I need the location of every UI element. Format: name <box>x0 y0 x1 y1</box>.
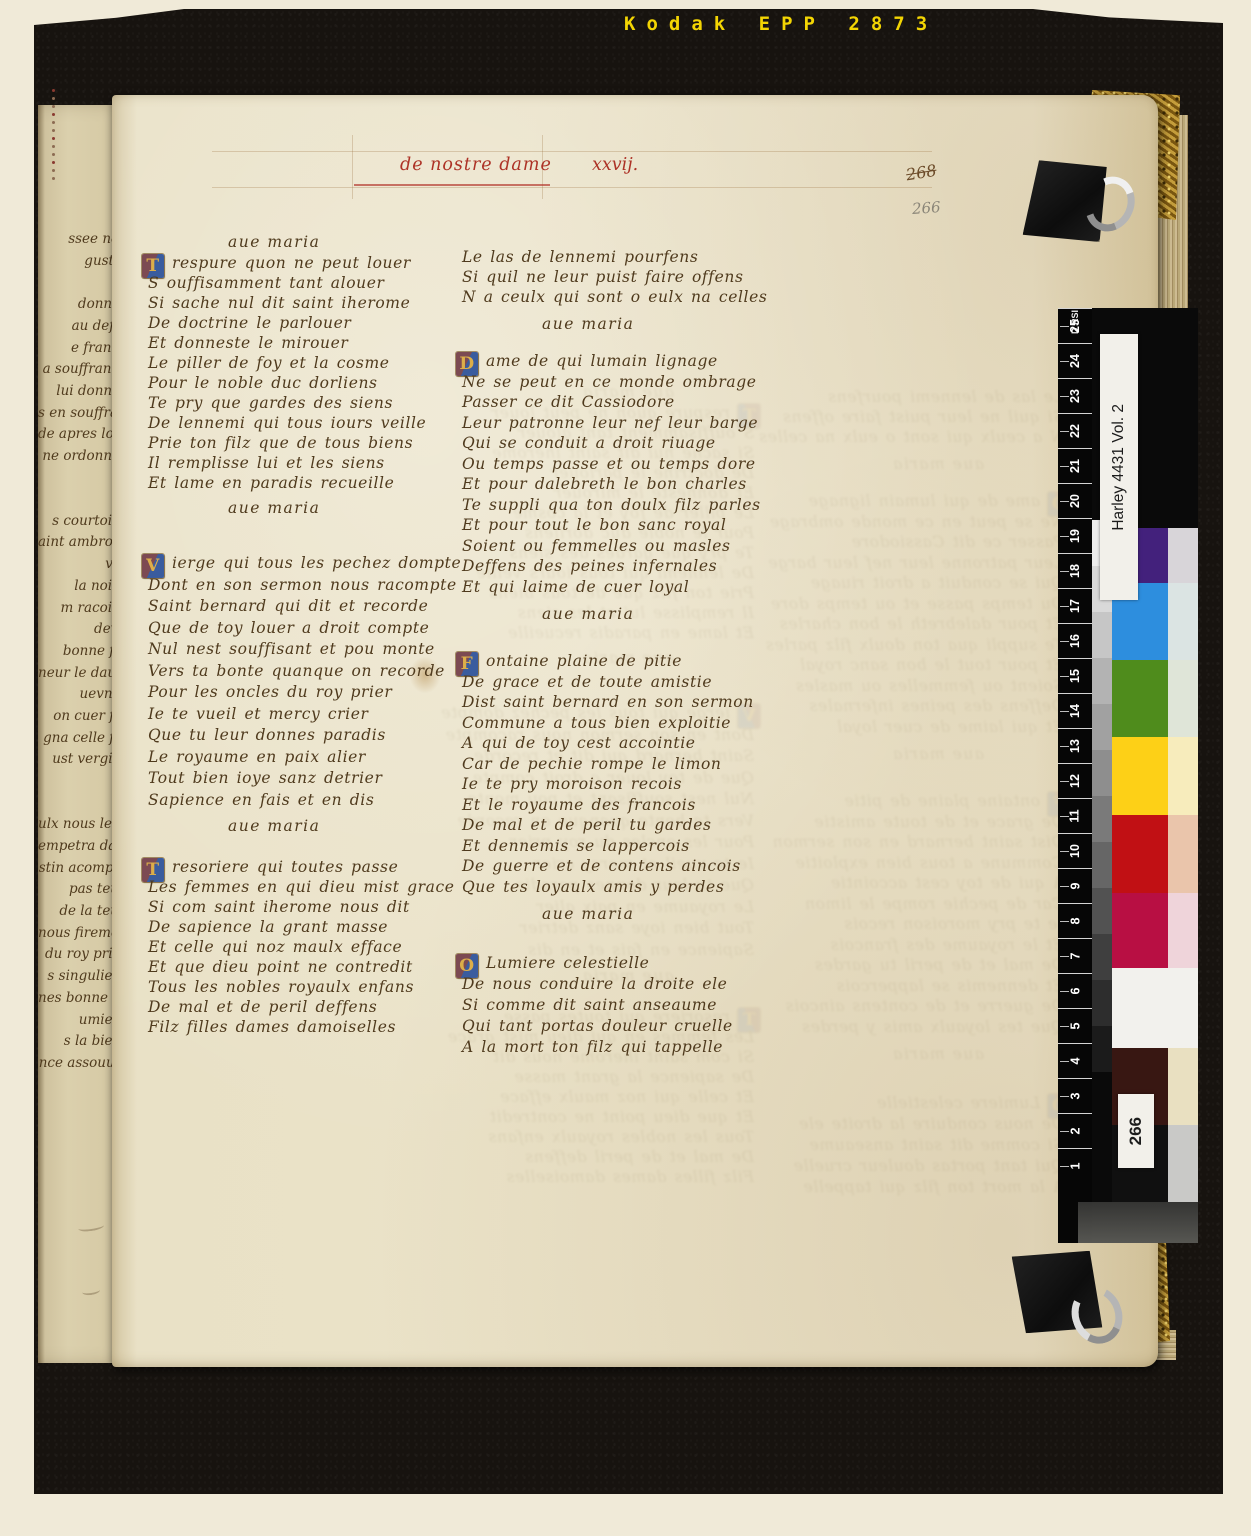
ruler-number-text: 11 <box>1068 809 1082 822</box>
ruler-number-text: 23 <box>1068 389 1082 403</box>
prick-mark <box>52 113 55 116</box>
verse-line: Dame de qui lumain lignage <box>462 351 761 372</box>
verse-line: Sapience en fais et en dis <box>148 790 461 812</box>
grayscale-step <box>1092 750 1112 796</box>
prick-mark <box>52 89 55 92</box>
folio-sticker-text: 266 <box>1126 1117 1146 1145</box>
color-patch-tint-crimson <box>1168 893 1198 968</box>
color-patch-tint-blue <box>1168 583 1198 660</box>
refrain: aue maria <box>892 455 984 473</box>
manuscript-page: de nostre dame xxvij. 268 266 aue mariaT… <box>112 95 1158 1367</box>
verse-line: Ie te pry moroison recois <box>462 774 754 795</box>
verse-line: Et lame en paradis recueille <box>148 473 426 493</box>
film-stock-label: Kodak EPP 2873 <box>624 13 938 35</box>
verse-text: ontaine plaine de pitie <box>486 652 682 670</box>
ruler-number-text: 6 <box>1068 988 1082 995</box>
verse-line: Dame de qui lumain lignage <box>765 491 1064 512</box>
color-patch-row <box>1112 815 1198 893</box>
verse-line: Et pour tout le bon sanc royal <box>462 515 761 536</box>
refrain: aue maria <box>228 817 320 835</box>
verse-line: Que de toy louer a droit compte <box>148 618 461 640</box>
shelfmark-label-text: Harley 4431 Vol. 2 <box>1110 404 1128 531</box>
stanza: Tresoriere qui toutes passeLes femmes en… <box>148 857 455 1037</box>
ruler-number-text: 10 <box>1068 844 1082 858</box>
verse-line: De mal et de peril tu gardes <box>462 815 754 836</box>
verse-line: Que tes loyaulx amis y perdes <box>462 877 754 898</box>
ruler-number-text: 13 <box>1068 739 1082 753</box>
ruler-number-text: 1 <box>1068 1163 1082 1170</box>
color-patch-tint-brown <box>1168 1048 1198 1125</box>
verse-line: Commune a tous bien exploitie <box>772 853 1064 874</box>
ruler-number: 5 <box>1058 1008 1092 1043</box>
ruler-number: 19 <box>1058 518 1092 553</box>
color-patch-row <box>1112 660 1198 737</box>
verse-line: Et dennemis se lappercois <box>462 836 754 857</box>
verse-line: Car de pechie rompe le limon <box>772 894 1064 915</box>
verse-line: De sapience la grant masse <box>148 917 455 937</box>
ruler-number: 24 <box>1058 343 1092 378</box>
verse-line: Et donneste le mirouer <box>148 333 426 353</box>
ruler-number-text: 5 <box>1068 1023 1082 1030</box>
chapter-number: xxvij. <box>592 155 638 175</box>
verse-line: Ie te pry moroison recois <box>772 914 1064 935</box>
refrain: aue maria <box>228 499 320 517</box>
ruler-number-text: 24 <box>1068 354 1082 368</box>
prick-mark <box>52 129 55 132</box>
verse-line: Soient ou femmelles ou masles <box>765 676 1064 697</box>
verse-line: Le las de lennemi pourfens <box>462 247 767 267</box>
stanza: Fontaine plaine de pitieDe grace et de t… <box>462 651 754 897</box>
ruler-plastic-tail <box>1078 1202 1198 1243</box>
ruler-number: 12 <box>1058 763 1092 798</box>
ruler-number: 22 <box>1058 413 1092 448</box>
verse-line: Les femmes en qui dieu mist grace <box>148 877 455 897</box>
refrain: aue maria <box>542 315 634 333</box>
verse-line: A la mort ton filz qui tappelle <box>793 1177 1064 1198</box>
verse-line: Nul nest souffisant et pou monte <box>148 639 461 661</box>
prick-mark <box>52 145 55 148</box>
verse-line: Soient ou femmelles ou masles <box>462 536 761 557</box>
color-patch-tint-green <box>1168 660 1198 737</box>
grayscale-step <box>1092 842 1112 888</box>
verse-line: Et le royaume des francois <box>772 935 1064 956</box>
grayscale-step <box>1092 704 1112 750</box>
color-patch-tint-red <box>1168 815 1198 893</box>
verse-line: Te pry que gardes des siens <box>148 393 426 413</box>
verse-line: Ou temps passe et ou temps dore <box>765 594 1064 615</box>
verse-line: Tresoriere qui toutes passe <box>148 857 455 877</box>
verse-line: Tous les nobles royaulx enfans <box>447 1127 754 1147</box>
verse-line: Et dennemis se lappercois <box>772 976 1064 997</box>
grayscale-step <box>1092 612 1112 658</box>
verse-line: Deffens des peines infernales <box>765 696 1064 717</box>
ruler-number-text: 2 <box>1068 1128 1082 1135</box>
verse-text: respure quon ne peut louer <box>172 254 411 272</box>
verse-line: Car de pechie rompe le limon <box>462 754 754 775</box>
verse-line: Que tes loyaulx amis y perdes <box>772 1017 1064 1038</box>
ruler-number: 17 <box>1058 588 1092 623</box>
verse-line: Qui se conduit a droit riuage <box>765 573 1064 594</box>
verse-line: Commune a tous bien exploitie <box>462 713 754 734</box>
verse-line: Si comme dit saint anseaume <box>793 1135 1064 1156</box>
verse-line: Leur patronne leur nef leur barge <box>765 553 1064 574</box>
color-calibration-ruler: D RSI 2524232221201918171615141312111098… <box>1058 308 1198 1243</box>
ruler-number: 8 <box>1058 903 1092 938</box>
ruler-number-text: 25 <box>1068 319 1082 333</box>
stanza: Vierge qui tous les pechez dompteDont en… <box>148 553 461 811</box>
grayscale-step <box>1092 980 1112 1026</box>
verse-line: Leur patronne leur nef leur barge <box>462 413 761 434</box>
rubric-underline <box>354 184 550 186</box>
verse-line: OLumiere celestielle <box>462 953 733 974</box>
verse-line: A qui de toy cest accointie <box>462 733 754 754</box>
prick-mark <box>52 97 55 100</box>
color-patch-red <box>1112 815 1168 893</box>
ruler-number-text: 7 <box>1068 953 1082 960</box>
grayscale-step <box>1092 888 1112 934</box>
verse-line: Si quil ne leur puist faire offens <box>759 407 1064 427</box>
binder-clip-bottom <box>1016 1252 1136 1352</box>
stanza: Dame de qui lumain lignageNe se peut en … <box>462 351 761 597</box>
verse-line: Et pour tout le bon sanc royal <box>765 655 1064 676</box>
ruling-line <box>212 151 932 152</box>
verse-line: De guerre et de contens aincois <box>772 996 1064 1017</box>
ruler-number-text: 20 <box>1068 494 1082 508</box>
verse-line: Fontaine plaine de pitie <box>772 791 1064 812</box>
ruler-number-text: 18 <box>1068 564 1082 578</box>
verse-line: A qui de toy cest accointie <box>772 873 1064 894</box>
verse-line: Et le royaume des francois <box>462 795 754 816</box>
verse-line: De mal et de peril deffens <box>447 1147 754 1167</box>
ruler-number: 1 <box>1058 1148 1092 1183</box>
verse-line: Dist saint bernard en son sermon <box>462 692 754 713</box>
verse-line: Que tu leur donnes paradis <box>148 725 461 747</box>
verse-line: Pour le noble duc dorliens <box>148 373 426 393</box>
prick-mark <box>52 177 55 180</box>
color-patch-yellow <box>1112 737 1168 815</box>
refrain: aue maria <box>892 1045 984 1063</box>
ruler-number: 13 <box>1058 728 1092 763</box>
verse-line: Le las de lennemi pourfens <box>759 387 1064 407</box>
verse-line: Vers ta bonte quanque on recorde <box>148 661 461 683</box>
stanza: Dame de qui lumain lignageNe se peut en … <box>765 491 1064 737</box>
verse-line: Passer ce dit Cassiodore <box>462 392 761 413</box>
verse-line: Filz filles dames damoiselles <box>447 1167 754 1187</box>
verse-text: ame de qui lumain lignage <box>808 492 1040 510</box>
color-patch-row <box>1112 893 1198 968</box>
verse-line: Et que dieu point ne contredit <box>447 1107 754 1127</box>
color-patch-crimson <box>1112 893 1168 968</box>
verse-line: Ne se peut en ce monde ombrage <box>462 372 761 393</box>
verse-line: Filz filles dames damoiselles <box>148 1017 455 1037</box>
verse-text: ierge qui tous les pechez dompte <box>172 554 461 572</box>
verse-line: Qui tant portas douleur cruelle <box>462 1016 733 1037</box>
color-patch-tint-purple <box>1168 528 1198 583</box>
ruling-line <box>212 187 932 188</box>
verse-line: Et celle qui noz maulx efface <box>447 1087 754 1107</box>
verse-line: Et qui laime de cuer loyal <box>765 717 1064 738</box>
verse-line: Et qui laime de cuer loyal <box>462 577 761 598</box>
ruler-number-text: 4 <box>1068 1058 1082 1065</box>
verse-line: Si com saint iherome nous dit <box>148 897 455 917</box>
verse-line: Prie ton filz que de tous biens <box>148 433 426 453</box>
verse-line: S ouffisamment tant alouer <box>148 273 426 293</box>
verse-line: Qui se conduit a droit riuage <box>462 433 761 454</box>
verse-line: Trespure quon ne peut louer <box>148 253 426 273</box>
folio-sticker: 266 <box>1118 1094 1154 1168</box>
ruler-number: 16 <box>1058 623 1092 658</box>
prick-marks-column <box>52 89 55 185</box>
verse-line: Et pour dalebreth le bon charles <box>462 474 761 495</box>
verse-line: Qui tant portas douleur cruelle <box>793 1156 1064 1177</box>
ruler-number: 23 <box>1058 378 1092 413</box>
ruler-number: 18 <box>1058 553 1092 588</box>
verse-line: Si comme dit saint anseaume <box>462 995 733 1016</box>
continuation-lines: Le las de lennemi pourfensSi quil ne leu… <box>462 247 767 307</box>
illuminated-initial: T <box>738 1008 760 1032</box>
ruler-number: 11 <box>1058 798 1092 833</box>
ruler-number-text: 3 <box>1068 1093 1082 1100</box>
ruler-number: 2 <box>1058 1113 1092 1148</box>
verse-line: De nous conduire la droite ele <box>462 974 733 995</box>
continuation-lines: Le las de lennemi pourfensSi quil ne leu… <box>759 387 1064 447</box>
verse-text: Lumiere celestielle <box>877 1094 1040 1112</box>
verse-line: Te suppli qua ton doulx filz parles <box>765 635 1064 656</box>
folio-number-pencil: 266 <box>911 198 941 218</box>
refrain: aue maria <box>542 605 634 623</box>
verse-line: Tous les nobles royaulx enfans <box>148 977 455 997</box>
verse-line: Le royaume en paix alier <box>148 747 461 769</box>
ruler-number: 20 <box>1058 483 1092 518</box>
refrain: aue maria <box>542 905 634 923</box>
verse-line: Si quil ne leur puist faire offens <box>462 267 767 287</box>
grayscale-step <box>1092 796 1112 842</box>
ruler-number: 6 <box>1058 973 1092 1008</box>
grayscale-step <box>1092 934 1112 980</box>
stanza: Trespure quon ne peut louerS ouffisammen… <box>148 253 426 493</box>
verse-text: resoriere qui toutes passe <box>172 858 398 876</box>
verse-line: Et pour dalebreth le bon charles <box>765 614 1064 635</box>
verse-line: De nous conduire la droite ele <box>793 1114 1064 1135</box>
verse-line: De guerre et de contens aincois <box>462 856 754 877</box>
color-patch-tint-yellow <box>1168 737 1198 815</box>
refrain: aue maria <box>892 745 984 763</box>
verse-line: Ne se peut en ce monde ombrage <box>765 512 1064 533</box>
verse-line: N a ceulx qui sont o eulx na celles <box>462 287 767 307</box>
folio-number-ink: 268 <box>905 161 938 185</box>
verse-line: Si sache nul dit saint iherome <box>148 293 426 313</box>
ruler-number-text: 8 <box>1068 918 1082 925</box>
ruler-number: 25 <box>1058 308 1092 343</box>
verse-line: Dist saint bernard en son sermon <box>772 832 1064 853</box>
verse-line: Ie te vueil et mercy crier <box>148 704 461 726</box>
verse-line: OLumiere celestielle <box>793 1093 1064 1114</box>
prick-mark <box>52 153 55 156</box>
ruler-number: 14 <box>1058 693 1092 728</box>
verse-line: De mal et de peril tu gardes <box>772 955 1064 976</box>
shelfmark-label: Harley 4431 Vol. 2 <box>1100 334 1138 600</box>
verse-line: Pour les oncles du roy prier <box>148 682 461 704</box>
ruler-number-text: 19 <box>1068 529 1082 543</box>
screenshot-root: { "photo": { "film_label": "Kodak EPP 28… <box>0 0 1251 1536</box>
verse-line: De doctrine le parlouer <box>148 313 426 333</box>
color-patch-white <box>1112 968 1198 1048</box>
prick-mark <box>52 105 55 108</box>
prick-mark <box>52 161 55 164</box>
prick-mark <box>52 121 55 124</box>
ruler-number: 4 <box>1058 1043 1092 1078</box>
color-patch-row <box>1112 968 1198 1048</box>
verse-line: Dont en son sermon nous racompte <box>148 575 461 597</box>
mount-corner-top-left <box>34 9 184 25</box>
verse-line: Passer ce dit Cassiodore <box>765 532 1064 553</box>
verse-text: ame de qui lumain lignage <box>486 352 718 370</box>
prick-mark <box>52 169 55 172</box>
verse-line: Et celle qui noz maulx efface <box>148 937 455 957</box>
ruler-number-text: 16 <box>1068 634 1082 648</box>
ruling-line <box>352 135 353 199</box>
verse-line: Ou temps passe et ou temps dore <box>462 454 761 475</box>
ruler-number-text: 17 <box>1068 599 1082 613</box>
stanza: Fontaine plaine de pitieDe grace et de t… <box>772 791 1064 1037</box>
ruler-number-text: 22 <box>1068 424 1082 438</box>
verse-line: De grace et de toute amistie <box>462 672 754 693</box>
refrain: aue maria <box>228 233 320 251</box>
verse-line: Vierge qui tous les pechez dompte <box>148 553 461 575</box>
ruler-number-text: 15 <box>1068 669 1082 683</box>
ruler-number-text: 9 <box>1068 883 1082 890</box>
grayscale-step <box>1092 1026 1112 1072</box>
verse-line: Il remplisse lui et les siens <box>148 453 426 473</box>
color-patch-tint-black <box>1168 1125 1198 1202</box>
photograph-area: Kodak EPP 2873 ssee neegustinedonnesau d… <box>34 9 1223 1494</box>
grayscale-step <box>1092 658 1112 704</box>
verse-line: N a ceulx qui sont o eulx na celles <box>759 427 1064 447</box>
color-patch-row <box>1112 737 1198 815</box>
verse-line: Te suppli qua ton doulx filz parles <box>462 495 761 516</box>
ruler-number: 10 <box>1058 833 1092 868</box>
verse-line: De grace et de toute amistie <box>772 812 1064 833</box>
ruler-scale-strip: D RSI 2524232221201918171615141312111098… <box>1058 308 1092 1243</box>
verse-line: De lennemi qui tous iours veille <box>148 413 426 433</box>
stanza: OLumiere celestielleDe nous conduire la … <box>462 953 733 1058</box>
verse-line: Le piller de foy et la cosme <box>148 353 426 373</box>
verse-line: Deffens des peines infernales <box>462 556 761 577</box>
verse-line: Et que dieu point ne contredit <box>148 957 455 977</box>
ruler-number-text: 12 <box>1068 774 1082 788</box>
verse-line: Fontaine plaine de pitie <box>462 651 754 672</box>
ruler-number: 9 <box>1058 868 1092 903</box>
verse-line: Tout bien ioye sanz detrier <box>148 768 461 790</box>
verse-line: De sapience la grant masse <box>447 1067 754 1087</box>
stanza: OLumiere celestielleDe nous conduire la … <box>793 1093 1064 1198</box>
mount-corner-top-right <box>1033 9 1223 23</box>
ruler-number: 7 <box>1058 938 1092 973</box>
verse-line: De mal et de peril deffens <box>148 997 455 1017</box>
verse-text: Lumiere celestielle <box>486 954 649 972</box>
ruler-number-text: 21 <box>1068 459 1082 473</box>
color-patch-green <box>1112 660 1168 737</box>
ruler-number: 21 <box>1058 448 1092 483</box>
grayscale-wedge <box>1092 520 1112 1072</box>
rubric-title: de nostre dame <box>400 155 552 175</box>
binder-clip-top <box>1028 158 1148 248</box>
ruler-number: 3 <box>1058 1078 1092 1113</box>
verse-line: Saint bernard qui dit et recorde <box>148 596 461 618</box>
ruler-number-text: 14 <box>1068 704 1082 718</box>
ruler-number: 15 <box>1058 658 1092 693</box>
prick-mark <box>52 137 55 140</box>
verse-text: ontaine plaine de pitie <box>844 792 1040 810</box>
verse-line: Et lame en paradis recueille <box>476 623 754 643</box>
verse-line: A la mort ton filz qui tappelle <box>462 1037 733 1058</box>
